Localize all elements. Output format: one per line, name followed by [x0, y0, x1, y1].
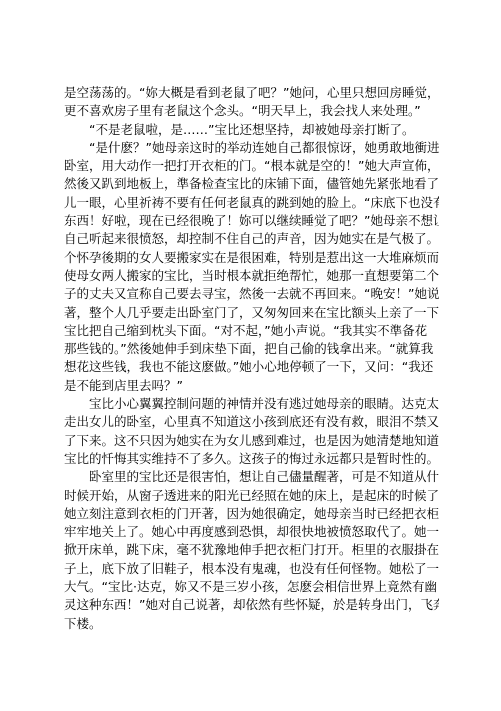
text-line: 大气。“宝比·达克，妳又不是三岁小孩，怎麽会相信世界上竟然有幽: [64, 578, 439, 596]
text-line: 掀开床单，跳下床，毫不犹豫地伸手把衣柜门打开。柜里的衣服掛在架: [64, 541, 439, 559]
text-line: 想花这些钱，我也不能这麽做。”她小心地停顿了一下，又问：“我还: [64, 358, 439, 376]
text-line: 儿一眼，心里祈祷不要有任何老鼠真的跳到她的脸上。“床底下也没有: [64, 194, 439, 212]
text-line: 了下来。这不只因为她实在为女儿感到难过，也是因为她清楚地知道，: [64, 432, 439, 450]
text-line: 子上，底下放了旧鞋子，根本没有鬼魂，也没有任何怪物。她松了一口: [64, 560, 439, 578]
text-line: 子的丈夫又宣称自己要去寻宝，然後一去就不再回来。“晚安！”她说: [64, 285, 439, 303]
text-line: 她立刻注意到衣柜的门开著，因为她很确定，她母亲当时已经把衣柜门: [64, 505, 439, 523]
text-line: 东西！好啦，现在已经很晚了！妳可以继续睡觉了吧？”她母亲不想让: [64, 212, 439, 230]
text-line: 是空荡荡的。“妳大概是看到老鼠了吧？”她问，心里只想回房睡觉，: [64, 84, 439, 102]
text-line: 宝比把自己缩到枕头下面。“对不起，”她小声说。“我其实不準备花: [64, 322, 439, 340]
text-line: 那些钱的。”然後她伸手到床垫下面，把自己偷的钱拿出来。“就算我: [64, 340, 439, 358]
text-line: 牢牢地关上了。她心中再度感到恐惧，却很快地被愤怒取代了。她一把: [64, 523, 439, 541]
document-page: 是空荡荡的。“妳大概是看到老鼠了吧？”她问，心里只想回房睡觉，更不喜欢房子里有老…: [0, 0, 501, 711]
text-line: 使母女两人搬家的宝比，当时根本就拒绝帮忙，她那一直想要第二个孩: [64, 267, 439, 285]
text-block: 是空荡荡的。“妳大概是看到老鼠了吧？”她问，心里只想回房睡觉，更不喜欢房子里有老…: [64, 84, 439, 633]
text-line: 然後又趴到地板上，準备检查宝比的床铺下面，儘管她先紧张地看了女: [64, 175, 439, 193]
text-line: 宝比小心翼翼控制问题的神情并没有逃过她母亲的眼睛。达克太太: [64, 395, 439, 413]
text-line: “是什麽？”她母亲这时的举动连她自己都很惊讶，她勇敢地衝进: [64, 139, 439, 157]
text-line: 卧室，用大动作一把打开衣柜的门。“根本就是空的！”她大声宣佈，: [64, 157, 439, 175]
text-line: 宝比的忏悔其实维持不了多久。这孩子的悔过永远都只是暂时性的。: [64, 450, 439, 468]
text-line: 时候开始，从窗子透进来的阳光已经照在她的床上，是起床的时候了。: [64, 487, 439, 505]
text-line: 是不能到店里去吗？”: [64, 377, 439, 395]
text-line: 著，整个人几乎要走出卧室门了，又匆匆回来在宝比额头上亲了一下。: [64, 304, 439, 322]
text-line: 下楼。: [64, 615, 439, 633]
text-line: “不是老鼠啦，是……”宝比还想坚持，却被她母亲打断了。: [64, 121, 439, 139]
text-line: 更不喜欢房子里有老鼠这个念头。“明天早上，我会找人来处理。”: [64, 102, 439, 120]
text-line: 灵这种东西！”她对自己说著，却依然有些怀疑，於是转身出门，飞奔: [64, 596, 439, 614]
text-line: 自己听起来很愤怒，却控制不住自己的声音，因为她实在是气极了。一: [64, 230, 439, 248]
text-line: 个怀孕後期的女人要搬家实在是很困难，特别是惹出这一大堆麻烦而迫: [64, 249, 439, 267]
text-line: 卧室里的宝比还是很害怕，想让自己儘量醒著，可是不知道从什麽: [64, 468, 439, 486]
text-line: 走出女儿的卧室，心里真不知道这小孩到底还有没有救，眼泪不禁又落: [64, 413, 439, 431]
